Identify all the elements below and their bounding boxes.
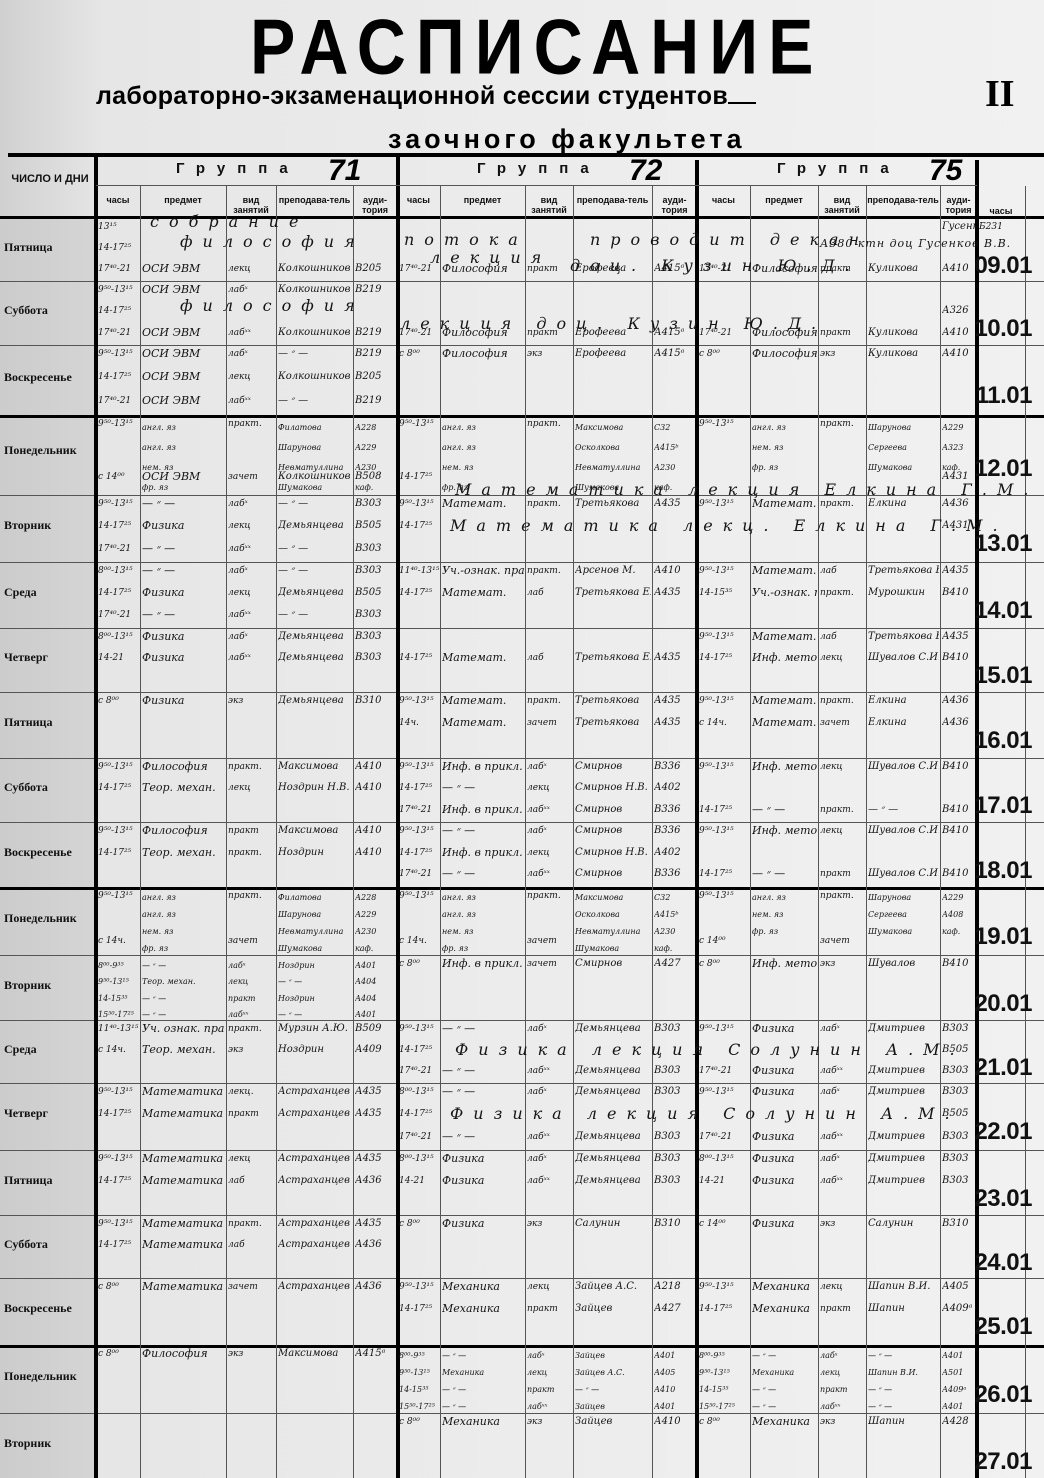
cell-type: лабˣ: [820, 1348, 865, 1364]
group-label: Группа: [777, 160, 901, 177]
cell-subject: ОСИ ЭВМ: [142, 348, 225, 360]
cell-subject: Инф. методы обр. р-в неп. и напряж.: [752, 761, 817, 773]
cell-type: зачет: [228, 471, 275, 483]
cell-subject: Философия: [142, 1348, 225, 1360]
cell-room: А230: [654, 458, 696, 477]
cell-teacher: Астраханцев В.В.: [278, 1153, 352, 1165]
cell-teacher: Астраханцев: [278, 1218, 352, 1230]
handwritten-note: Математика лекция Елкина Г.М.: [455, 480, 1038, 499]
cell-teacher: Колкошников: [278, 263, 352, 275]
cell-room: В336: [654, 825, 696, 837]
cell-type: лабˣ: [228, 348, 275, 360]
cell-hours: 17⁴⁰-21: [399, 1065, 439, 1077]
cell-subject: англ. яз: [442, 438, 524, 457]
cell-type: практ.: [820, 695, 865, 707]
cell-type: лекц: [228, 974, 275, 989]
cell-subject: Философия: [142, 761, 225, 773]
page-subtitle: лабораторно-экзаменационной сессии студе…: [96, 82, 756, 111]
cell-room: А415ᵇ: [654, 438, 696, 457]
cell-teacher: Шувалов С.И.: [868, 652, 939, 664]
cell-teacher: Демьянцева: [575, 1131, 651, 1143]
cell-teacher: Демьянцева: [278, 520, 352, 532]
cell-subject: — ״ —: [752, 1382, 817, 1398]
column-divider: [1025, 186, 1026, 1478]
cell-subject: Физика: [442, 1175, 524, 1187]
cell-subject: Механика: [752, 1303, 817, 1315]
day-name: Суббота: [4, 1237, 48, 1252]
cell-subject: Философия: [752, 348, 817, 360]
cell-type: практ: [228, 825, 275, 837]
cell-room: А436: [355, 1239, 396, 1251]
cell-hours: 8⁰⁰-13¹⁵: [699, 1153, 749, 1165]
cell-teacher: Третьякова: [575, 695, 651, 707]
cell-subject: Физика: [142, 695, 225, 707]
handwritten-note: философия: [180, 232, 365, 251]
cell-room: А401: [355, 958, 396, 973]
cell-subject: — ״ —: [442, 1023, 524, 1035]
handwritten-note: Физика лекция Солунин А.М.: [450, 1104, 960, 1123]
cell-room: А435: [654, 695, 696, 707]
cell-teacher: Салунин: [575, 1218, 651, 1230]
cell-room: А410: [942, 263, 976, 275]
cell-subject: Математ.: [752, 631, 817, 643]
cell-hours: 14-17²⁵: [399, 1108, 439, 1120]
date-column-header: ЧИСЛО И ДНИ: [8, 172, 92, 186]
cell-hours: с 14⁰⁰: [699, 935, 749, 947]
cell-subject: Механика: [752, 1416, 817, 1428]
cell-teacher: Шапин: [868, 1303, 939, 1315]
cell-teacher: Демьянцева: [278, 652, 352, 664]
cell-type: лаб: [820, 565, 865, 577]
cell-teacher: Осколкова: [575, 438, 651, 457]
cell-type: лабˣˣ: [228, 1007, 275, 1022]
cell-subject: Математика: [142, 1086, 225, 1098]
cell-hours: 9⁵⁰-13¹⁵: [399, 1281, 439, 1293]
day-date: 25.01: [974, 1313, 1032, 1341]
cell-room: А402: [654, 847, 696, 859]
cell-subject: англ. яз: [142, 907, 225, 923]
cell-hours: 8⁰⁰-13¹⁵: [98, 565, 139, 577]
cell-teacher: Смирнов Н.В.: [575, 847, 651, 859]
cell-hours: с 14ч.: [98, 935, 139, 947]
day-name: Пятница: [4, 1173, 52, 1188]
cell-hours: 15⁵⁰-17²⁵: [98, 1007, 139, 1022]
cell-teacher: Смирнов Н.В.: [575, 782, 651, 794]
column-header-2: вид занятий: [818, 195, 866, 215]
cell-type: практ.: [228, 847, 275, 859]
cell-room: В505: [355, 587, 396, 599]
cell-type: лабˣ: [820, 1086, 865, 1098]
cell-teacher: Шапин: [868, 1416, 939, 1428]
cell-subject: Механика: [442, 1303, 524, 1315]
cell-teacher: Невматуллина: [278, 924, 352, 940]
cell-type: практ.: [527, 890, 572, 902]
cell-type: лабˣ: [228, 631, 275, 643]
cell-hours: 14-17²⁵: [399, 520, 439, 532]
cell-room: А436: [942, 717, 976, 729]
cell-type: лабˣˣ: [527, 868, 572, 880]
cell-hours: 9⁵⁰-13¹⁵: [399, 890, 439, 902]
cell-subject: — ״ —: [142, 1007, 225, 1022]
cell-teacher: Смирнов: [575, 804, 651, 816]
day-date: 19.01: [974, 923, 1032, 951]
cell-subject: нем. яз: [752, 907, 817, 923]
cell-hours: 14-17²⁵: [399, 847, 439, 859]
cell-type: практ: [820, 1303, 865, 1315]
cell-subject: Механика: [752, 1281, 817, 1293]
cell-type: лекц: [527, 1281, 572, 1293]
cell-hours: 14-21: [399, 1175, 439, 1187]
cell-teacher: — ״ —: [278, 565, 352, 577]
cell-type: экз: [820, 348, 865, 360]
cell-subject: Инф. в прикл. задачах ПТЭ: [442, 847, 524, 859]
cell-hours: 8⁰⁰-13¹⁵: [399, 1153, 439, 1165]
cell-teacher: Филатова: [278, 890, 352, 906]
cell-teacher: Сергеева: [868, 438, 939, 457]
cell-subject: ОСИ ЭВМ: [142, 395, 225, 407]
column-divider: [226, 186, 227, 1478]
cell-subject: Уч.-ознак. прак: [442, 565, 524, 577]
cell-room: В303: [355, 498, 396, 510]
cell-type: лабˣˣ: [820, 1399, 865, 1415]
cell-type: зачет: [228, 1281, 275, 1293]
cell-teacher: Невматуллина: [575, 924, 651, 940]
cell-teacher: Невматуллина: [575, 458, 651, 477]
cell-hours: 14-17²⁵: [98, 520, 139, 532]
cell-hours: с 8⁰⁰: [699, 348, 749, 360]
cell-room: В410: [942, 804, 976, 816]
cell-type: лабˣˣ: [228, 327, 275, 339]
cell-subject: Уч. ознак. практ.: [142, 1023, 225, 1035]
cell-room: А323: [942, 438, 976, 457]
cell-teacher: Зайцев А.С.: [575, 1281, 651, 1293]
row-divider: [0, 1278, 1044, 1279]
cell-type: лабˣ: [228, 498, 275, 510]
cell-hours: 8⁰⁰-9³⁵: [399, 1348, 439, 1364]
cell-type: практ.: [228, 890, 275, 902]
cell-subject: — ״ —: [442, 868, 524, 880]
cell-subject: Механика: [442, 1365, 524, 1381]
cell-hours: 14ч.: [399, 717, 439, 729]
cell-teacher: Зайцев: [575, 1303, 651, 1315]
cell-room: В410: [942, 958, 976, 970]
cell-teacher: Зайцев А.С.: [575, 1365, 651, 1381]
cell-room: С32: [654, 418, 696, 437]
cell-type: лекц: [527, 847, 572, 859]
cell-teacher: Ноздрин: [278, 958, 352, 973]
cell-room: В303: [654, 1086, 696, 1098]
cell-hours: 15⁵⁰-17²⁵: [699, 1399, 749, 1415]
cell-subject: Математика: [142, 1281, 225, 1293]
cell-teacher: Смирнов: [575, 825, 651, 837]
cell-room: А435: [942, 565, 976, 577]
cell-room: А415ᵃ: [654, 348, 696, 360]
cell-type: лабˣ: [527, 1153, 572, 1165]
cell-hours: 14-17²⁵: [399, 782, 439, 794]
cell-hours: с 14ч.: [98, 1044, 139, 1056]
cell-subject: Физика: [752, 1153, 817, 1165]
cell-subject: Физика: [442, 1153, 524, 1165]
cell-subject: англ. яз: [442, 418, 524, 437]
cell-type: практ.: [527, 695, 572, 707]
day-name: Понедельник: [4, 911, 77, 926]
cell-subject: англ. яз: [142, 438, 225, 457]
cell-room: В310: [942, 1218, 976, 1230]
cell-room: А410: [654, 565, 696, 577]
column-header-4: ауди-тория: [652, 195, 697, 215]
cell-teacher: Шумакова: [575, 941, 651, 957]
cell-room: В410: [942, 825, 976, 837]
cell-type: лабˣ: [527, 1348, 572, 1364]
cell-subject: Математ.: [752, 695, 817, 707]
day-date: 24.01: [974, 1249, 1032, 1277]
column-header-4: ауди-тория: [353, 195, 397, 215]
cell-room: А415ᵃ: [355, 1348, 396, 1360]
subtitle-text: лабораторно-экзаменационной сессии студе…: [96, 82, 728, 110]
cell-hours: с 8⁰⁰: [699, 958, 749, 970]
cell-hours: 9⁵⁰-13¹⁵: [699, 1023, 749, 1035]
cell-hours: 14-17²⁵: [699, 868, 749, 880]
cell-room: В303: [942, 1153, 976, 1165]
cell-teacher: Третьякова Елкина: [868, 631, 939, 643]
cell-room: каф.: [654, 941, 696, 957]
cell-subject: ОСИ ЭВМ: [142, 371, 225, 383]
cell-subject: Математ.: [442, 652, 524, 664]
cell-type: экз: [527, 1218, 572, 1230]
cell-room: А404: [355, 974, 396, 989]
cell-room: В303: [355, 565, 396, 577]
cell-room: В205: [355, 371, 396, 383]
row-divider: [0, 1150, 1044, 1151]
cell-subject: Уч.-ознак. практика: [752, 587, 817, 599]
cell-room: А409ᵃ: [942, 1303, 976, 1315]
cell-room: Гусенков В.В. А326: [942, 221, 976, 233]
cell-subject: Физика: [142, 631, 225, 643]
cell-teacher: Зайцев: [575, 1348, 651, 1364]
cell-hours: 9⁵⁰-13¹⁵: [399, 498, 439, 510]
cell-subject: Математ.: [752, 498, 817, 510]
cell-hours: 14-17²⁵: [98, 371, 139, 383]
cell-subject: — ״ —: [442, 1065, 524, 1077]
cell-room: А409: [355, 1044, 396, 1056]
cell-room: А410: [355, 782, 396, 794]
cell-room: В303: [355, 631, 396, 643]
cell-hours: 14-17²⁵: [98, 782, 139, 794]
column-divider: [652, 186, 653, 1478]
day-date: 14.01: [974, 597, 1032, 625]
cell-room: А401: [942, 1348, 976, 1364]
cell-room: А410: [654, 1382, 696, 1398]
cell-room: В410: [942, 868, 976, 880]
cell-subject: англ. яз: [142, 890, 225, 906]
cell-teacher: Шарунова: [868, 418, 939, 437]
cell-teacher: Шапин В.И.: [868, 1281, 939, 1293]
cell-hours: 17⁴⁰-21: [98, 327, 139, 339]
cell-type: лабˣ: [527, 1023, 572, 1035]
cell-subject: Инф. методы обр. р-в неп. и нап.: [752, 958, 817, 970]
cell-hours: 14-17²⁵: [98, 1239, 139, 1251]
row-divider: [0, 1215, 1044, 1216]
cell-subject: — ״ —: [142, 991, 225, 1006]
day-name: Вторник: [4, 518, 51, 533]
cell-room: А405: [654, 1365, 696, 1381]
cell-teacher: Шувалов: [868, 958, 939, 970]
cell-room: А230: [654, 924, 696, 940]
cell-hours: с 8⁰⁰: [98, 1348, 139, 1360]
cell-hours: 17⁴⁰-21: [98, 543, 139, 555]
cell-room: А501: [942, 1365, 976, 1381]
handwritten-note: доц. Кузин Ю.Д.: [570, 256, 860, 275]
cell-subject: ОСИ ЭВМ: [142, 284, 225, 296]
cell-teacher: Дмитриев: [868, 1175, 939, 1187]
cell-type: практ: [820, 327, 865, 339]
course-mark: II: [985, 72, 1015, 116]
cell-room: А230: [355, 924, 396, 940]
cell-room: В219: [355, 327, 396, 339]
cell-hours: 9⁵⁰-13¹⁵: [699, 1365, 749, 1381]
cell-type: практ.: [820, 418, 865, 430]
cell-subject: ОСИ ЭВМ: [142, 327, 225, 339]
cell-hours: 14-17²⁵: [98, 242, 139, 254]
cell-teacher: Салунин: [868, 1218, 939, 1230]
cell-subject: Математика: [142, 1175, 225, 1187]
cell-teacher: Демьянцева: [575, 1175, 651, 1187]
column-header-3: преподава-тель: [573, 195, 652, 205]
cell-room: В303: [942, 1065, 976, 1077]
cell-teacher: Сергеева: [868, 907, 939, 923]
cell-teacher: — ״ —: [278, 609, 352, 621]
cell-subject: Математ.: [752, 565, 817, 577]
cell-room: В410: [942, 587, 976, 599]
cell-subject: англ. яз: [442, 907, 524, 923]
cell-subject: Математика: [142, 1218, 225, 1230]
cell-hours: с 14⁰⁰: [699, 1218, 749, 1230]
cell-hours: 14-17²⁵: [699, 804, 749, 816]
cell-hours: с 14ч.: [699, 717, 749, 729]
cell-teacher: Максимова: [575, 890, 651, 906]
cell-subject: — ״ —: [442, 825, 524, 837]
day-date: 17.01: [974, 792, 1032, 820]
column-divider: [866, 186, 867, 1478]
cell-room: В303: [654, 1065, 696, 1077]
cell-hours: 9⁵⁰-13¹⁵: [699, 695, 749, 707]
cell-room: каф.: [942, 924, 976, 940]
cell-type: лекц: [228, 587, 275, 599]
cell-subject: нем. яз: [442, 458, 524, 477]
cell-room: А326: [942, 305, 976, 317]
cell-hours: 14-15³⁵: [699, 1382, 749, 1398]
cell-type: лекц: [228, 263, 275, 275]
cell-hours: с 8⁰⁰: [399, 348, 439, 360]
cell-type: лабˣˣ: [527, 1131, 572, 1143]
cell-teacher: Третьякова: [575, 498, 651, 510]
cell-hours: 9⁵⁰-13¹⁵: [98, 890, 139, 902]
cell-hours: 9⁵⁰-13¹⁵: [399, 761, 439, 773]
day-name: Суббота: [4, 303, 48, 318]
cell-subject: англ. яз: [442, 890, 524, 906]
cell-subject: — ״ —: [442, 1399, 524, 1415]
cell-room: В303: [942, 1086, 976, 1098]
cell-teacher: Демьянцева: [278, 631, 352, 643]
cell-room: А435: [654, 587, 696, 599]
cell-type: экз: [820, 1218, 865, 1230]
day-date: 27.01: [974, 1448, 1032, 1476]
cell-subject: нем. яз: [752, 438, 817, 457]
cell-teacher: — ״ —: [868, 1382, 939, 1398]
cell-type: практ.: [820, 587, 865, 599]
day-name: Среда: [4, 585, 37, 600]
column-header-1: предмет: [440, 195, 525, 205]
cell-type: лабˣ: [527, 1086, 572, 1098]
cell-subject: — ״ —: [442, 782, 524, 794]
cell-type: практ.: [527, 498, 572, 510]
cell-hours: 8⁰⁰-9³⁵: [98, 958, 139, 973]
cell-room: А410: [355, 847, 396, 859]
cell-teacher: Дмитриев: [868, 1153, 939, 1165]
cell-hours: 17⁴⁰-21: [399, 804, 439, 816]
cell-type: практ.: [820, 804, 865, 816]
faculty-title: заочного факультета: [388, 124, 746, 155]
column-header-2: вид занятий: [525, 195, 573, 215]
handwritten-note: потока: [404, 230, 528, 249]
cell-type: лекц: [820, 652, 865, 664]
cell-subject: нем. яз: [142, 924, 225, 940]
cell-subject: Физика: [752, 1175, 817, 1187]
cell-type: лекц: [228, 1153, 275, 1165]
cell-room: А401: [654, 1399, 696, 1415]
cell-teacher: Демьянцева: [575, 1023, 651, 1035]
cell-type: лекц: [820, 761, 865, 773]
column-header-1: предмет: [750, 195, 818, 205]
cell-teacher: Шарунова: [278, 438, 352, 457]
cell-type: лаб: [527, 587, 572, 599]
group-number-72: 72: [629, 154, 662, 188]
cell-hours: 9⁵⁰-13¹⁵: [699, 825, 749, 837]
cell-teacher: Ноздрин: [278, 847, 352, 859]
cell-teacher: — ״ —: [278, 395, 352, 407]
cell-room: А435: [355, 1108, 396, 1120]
cell-room: А435: [355, 1218, 396, 1230]
column-divider: [140, 186, 141, 1478]
cell-teacher: Шувалов С.И.: [868, 761, 939, 773]
cell-room: А229: [942, 418, 976, 437]
cell-room: В410: [942, 761, 976, 773]
cell-type: лабˣ: [228, 565, 275, 577]
cell-type: практ.: [228, 1218, 275, 1230]
page-title: РАСПИСАНИЕ: [250, 2, 824, 92]
day-date: 18.01: [974, 857, 1032, 885]
cell-room: В303: [355, 609, 396, 621]
cell-type: экз: [820, 958, 865, 970]
cell-teacher: Смирнов: [575, 958, 651, 970]
column-divider: [940, 186, 941, 1478]
cell-hours: 9⁵⁰-13¹⁵: [98, 498, 139, 510]
column-divider: [353, 186, 354, 1478]
column-divider: [276, 186, 277, 1478]
cell-hours: 14-17²⁵: [98, 1175, 139, 1187]
day-date: 23.01: [974, 1185, 1032, 1213]
cell-type: практ: [820, 1382, 865, 1398]
cell-teacher: Шумакова: [868, 924, 939, 940]
cell-teacher: Астраханцев: [278, 1108, 352, 1120]
cell-subject: Механика: [442, 1281, 524, 1293]
cell-teacher: Ноздрин: [278, 991, 352, 1006]
cell-room: В219: [355, 284, 396, 296]
cell-teacher: — ״ —: [575, 1382, 651, 1398]
cell-teacher: Колкошников: [278, 471, 352, 483]
cell-type: экз: [228, 1044, 275, 1056]
group-label: Группа: [176, 160, 300, 177]
